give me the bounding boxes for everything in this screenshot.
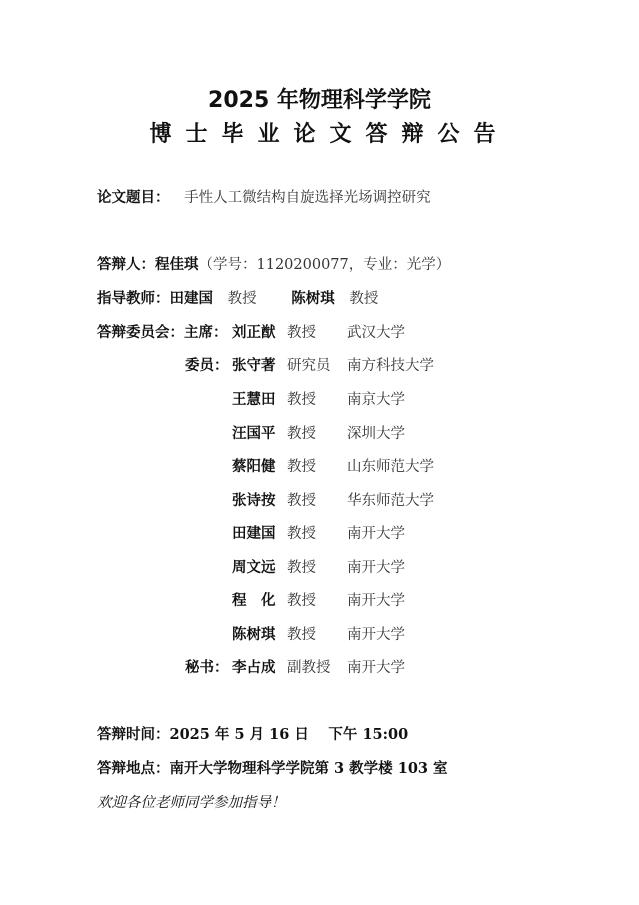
advisor-name: 陈树琪: [291, 291, 335, 307]
member-name: 汪国平: [232, 422, 276, 443]
member-institution: 华东师范大学: [347, 489, 434, 510]
committee-member-row: 汪国平 教授 深圳大学: [0, 422, 639, 442]
committee-label: 答辩委员会：: [97, 321, 184, 342]
committee-secretary-row: 秘书： 李占成 副教授 南开大学: [0, 656, 639, 676]
member-institution: 深圳大学: [347, 422, 405, 443]
advisor-name: 田建国: [170, 291, 214, 307]
member-rank: 教授: [287, 589, 316, 610]
defense-time-row: 答辩时间：2025 年 5 月 16 日 下午 15:00: [97, 723, 408, 744]
member-name: 田建国: [232, 522, 276, 543]
secretary-name: 李占成: [232, 656, 276, 677]
announcement-title-line2: 博士毕业论文答辩公告: [0, 117, 639, 148]
welcome-message: 欢迎各位老师同学参加指导！: [97, 791, 286, 812]
candidate-detail: （学号：1120200077，专业：光学）: [199, 257, 451, 273]
chair-institution: 武汉大学: [347, 321, 405, 342]
member-institution: 山东师范大学: [347, 455, 434, 476]
member-name: 张守著: [232, 354, 276, 375]
member-rank: 教授: [287, 388, 316, 409]
member-rank: 教授: [287, 556, 316, 577]
member-rank: 教授: [287, 422, 316, 443]
member-label: 委员：: [185, 354, 229, 375]
member-name: 周文远: [232, 556, 276, 577]
secretary-rank: 副教授: [287, 656, 331, 677]
chair-name: 刘正猷: [232, 321, 276, 342]
member-rank: 研究员: [287, 354, 331, 375]
member-name: 程 化: [232, 589, 276, 610]
member-name: 陈树琪: [232, 623, 276, 644]
member-institution: 南方科技大学: [347, 354, 434, 375]
committee-member-row: 蔡阳健 教授 山东师范大学: [0, 455, 639, 475]
advisors-row: 指导教师：田建国 教授 陈树琪 教授: [97, 287, 378, 308]
candidate-name: 程佳琪: [155, 257, 199, 273]
secretary-institution: 南开大学: [347, 656, 405, 677]
committee-member-row: 陈树琪 教授 南开大学: [0, 623, 639, 643]
thesis-label: 论文题目：: [97, 190, 170, 206]
chair-label: 主席：: [184, 321, 228, 342]
member-name: 王慧田: [232, 388, 276, 409]
member-rank: 教授: [287, 489, 316, 510]
time-value: 2025 年 5 月 16 日 下午 15:00: [170, 726, 409, 743]
member-institution: 南京大学: [347, 388, 405, 409]
candidate-row: 答辩人：程佳琪（学号：1120200077，专业：光学）: [97, 253, 450, 274]
committee-member-row: 王慧田 教授 南京大学: [0, 388, 639, 408]
secretary-label: 秘书：: [185, 656, 229, 677]
member-institution: 南开大学: [347, 556, 405, 577]
advisors-label: 指导教师：: [97, 291, 170, 307]
place-label: 答辩地点：: [97, 761, 170, 777]
committee-member-row: 程 化 教授 南开大学: [0, 589, 639, 609]
member-name: 蔡阳健: [232, 455, 276, 476]
defense-place-row: 答辩地点：南开大学物理科学学院第 3 教学楼 103 室: [97, 757, 448, 778]
announcement-title-line1: 2025 年物理科学学院: [0, 83, 639, 114]
thesis-title: 手性人工微结构自旋选择光场调控研究: [184, 190, 431, 206]
place-value: 南开大学物理科学学院第 3 教学楼 103 室: [170, 760, 448, 777]
member-name: 张诗按: [232, 489, 276, 510]
advisor-rank: 教授: [349, 291, 378, 307]
member-rank: 教授: [287, 522, 316, 543]
candidate-label: 答辩人：: [97, 257, 155, 273]
member-institution: 南开大学: [347, 623, 405, 644]
committee-member-row: 田建国 教授 南开大学: [0, 522, 639, 542]
member-rank: 教授: [287, 623, 316, 644]
chair-rank: 教授: [287, 321, 316, 342]
member-institution: 南开大学: [347, 589, 405, 610]
advisor-rank: 教授: [228, 291, 257, 307]
committee-member-row: 张诗按 教授 华东师范大学: [0, 489, 639, 509]
committee-member-row: 周文远 教授 南开大学: [0, 556, 639, 576]
member-institution: 南开大学: [347, 522, 405, 543]
member-rank: 教授: [287, 455, 316, 476]
thesis-title-row: 论文题目： 手性人工微结构自旋选择光场调控研究: [97, 186, 431, 207]
time-label: 答辩时间：: [97, 727, 170, 743]
committee-chair-row: 答辩委员会： 主席： 刘正猷 教授 武汉大学: [0, 321, 639, 341]
committee-member-row: 委员： 张守著 研究员 南方科技大学: [0, 354, 639, 374]
